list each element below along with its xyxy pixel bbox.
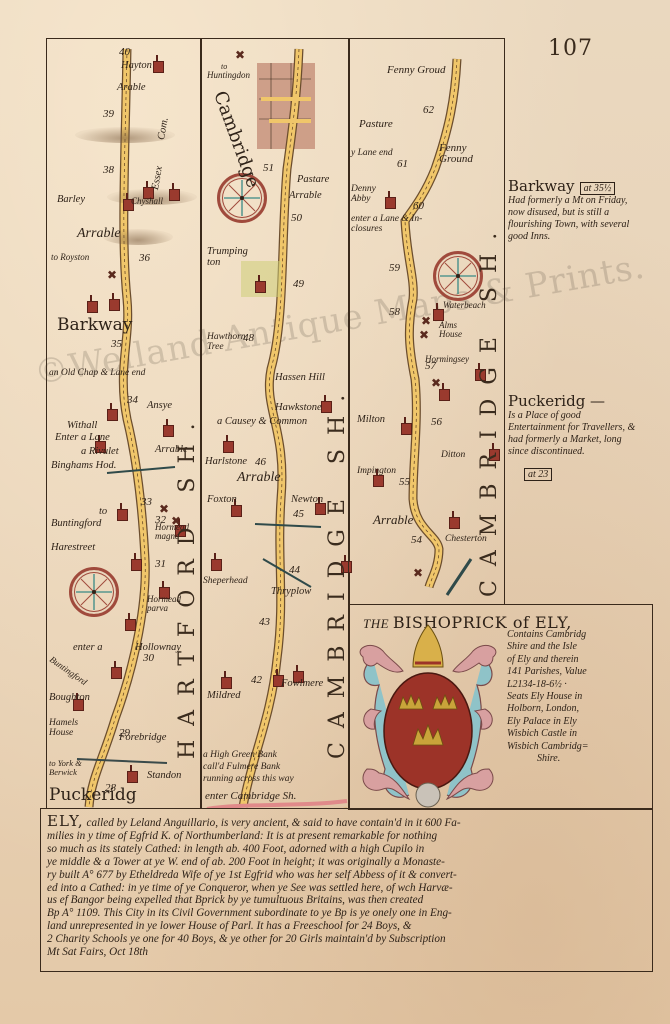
text-line: Contains Cambridg	[507, 629, 652, 641]
text-line: Seats Ely House in	[507, 691, 652, 703]
text-line: Mt Sat Fairs, Oct 18th	[47, 946, 646, 959]
place-label: an Old Chap & Lane end	[49, 369, 145, 379]
place-label: a High Green Bank	[203, 751, 277, 761]
bishopric-description: Contains Cambridg Shire and the Isle of …	[507, 629, 652, 765]
place-label: a Rivulet	[81, 447, 119, 458]
place-label: Hormingsey	[425, 355, 469, 364]
ely-description-panel: ELY, called by Leland Anguillario, is ve…	[40, 808, 653, 972]
text-line: Ely Palace in Ely	[507, 716, 652, 728]
first-word: ELY,	[47, 812, 84, 830]
place-label: Ansye	[147, 401, 172, 412]
mile-marker: 44	[289, 565, 300, 576]
church-icon	[107, 409, 118, 421]
place-label: Buntingford	[51, 519, 101, 530]
place-label: to Royston	[51, 253, 89, 262]
windmill-icon: ✖	[413, 567, 423, 579]
place-label: Newton	[291, 495, 323, 506]
mile-marker: 35	[111, 339, 122, 350]
note-puckeridg: Puckeridg — Is a Place of good Entertain…	[508, 392, 638, 481]
place-label: Pasture	[359, 119, 393, 130]
mile-marker: 54	[411, 535, 422, 546]
church-icon	[127, 771, 138, 783]
place-label: Hawthorn Tree	[207, 333, 247, 352]
note-body: Is a Place of good Entertainment for Tra…	[508, 410, 638, 458]
text-line: Shire and the Isle	[507, 641, 652, 653]
place-label: enter Cambridge Sh.	[205, 791, 296, 802]
place-label: Forebridge	[119, 733, 166, 744]
compass-rose-icon	[69, 567, 119, 617]
bishopric-of-ely-panel: THE BISHOPRICK of ELY, Contains Cambridg…	[348, 604, 653, 810]
place-label: Sheperhead	[203, 577, 248, 587]
windmill-icon: ✖	[419, 329, 429, 341]
road-strip-3: ✖ ✖ ✖ ✖ 62 61 60 59 58 57 56 55 54 Fenny…	[348, 38, 505, 605]
text-line: Wisbich Cambridg=	[507, 741, 652, 753]
road-strip-1: ✖ ✖ ✖ 40 39 38 36 35 34 33 32 31 30 29 2…	[46, 38, 202, 809]
church-icon	[131, 559, 142, 571]
place-label: Impington	[357, 467, 396, 477]
mile-marker: 51	[263, 163, 274, 174]
distance-box: at 35½	[580, 182, 616, 195]
place-label: Hayton	[121, 61, 152, 72]
place-label: Harlstone	[205, 457, 247, 468]
place-label: Mildred	[207, 691, 240, 702]
mile-marker: 62	[423, 105, 434, 116]
place-label: Boughton	[49, 693, 90, 704]
text-line: called by Leland Anguillario, is very an…	[84, 817, 461, 829]
mile-marker: 46	[255, 457, 266, 468]
place-label: y Lane end	[351, 149, 393, 159]
church-icon	[153, 61, 164, 73]
place-label: Arable	[117, 83, 146, 94]
church-icon	[221, 677, 232, 689]
mile-marker: 31	[155, 559, 166, 570]
place-label: running across this way	[203, 775, 294, 785]
mile-marker: 42	[251, 675, 262, 686]
text-line: 141 Parishes, Value	[507, 666, 652, 678]
place-label: a Causey & Common	[217, 417, 317, 428]
place-label: Enter a Lane	[55, 433, 110, 444]
place-label: Binghams Hod.	[51, 461, 116, 472]
road-strip-2: ✖ 51 50 49 48 46 45 44 43 42 to Huntingd…	[200, 38, 350, 809]
place-label-puckeridg: Puckeridg	[49, 787, 137, 804]
place-label: to York & Berwick	[49, 759, 89, 776]
place-label: Foxton	[207, 495, 237, 506]
windmill-icon: ✖	[431, 377, 441, 389]
church-icon	[373, 475, 384, 487]
text-line: Holborn, London,	[507, 703, 652, 715]
place-label: enter a	[73, 643, 102, 654]
distance-box: at 23	[524, 468, 552, 481]
place-label: Milton	[357, 415, 385, 426]
mile-marker: 56	[431, 417, 442, 428]
place-label: Arrable	[289, 191, 322, 202]
place-label: Arrable	[77, 227, 121, 241]
place-label-barkway: Barkway	[57, 317, 132, 334]
church-icon	[111, 667, 122, 679]
note-title: Puckeridg —	[508, 392, 638, 410]
place-label: Fowlmere	[281, 679, 323, 690]
note-barkway: Barkway at 35½ Had formerly a Mt on Frid…	[508, 176, 638, 243]
text-line: Wisbich Castle in	[507, 728, 652, 740]
place-label: Ditton	[441, 451, 465, 461]
text-line: of Ely and therein	[507, 654, 652, 666]
text-line: 2 Charity Schools ye one for 40 Boys, & …	[47, 933, 646, 946]
place-label: Standon	[147, 771, 181, 782]
mile-marker: 49	[293, 279, 304, 290]
place-label: Denny Abby	[351, 185, 387, 204]
mile-marker: 43	[259, 617, 270, 628]
place-label: Fenny Groud	[387, 65, 446, 76]
mile-marker: 55	[399, 477, 410, 488]
mile-marker: 45	[293, 509, 304, 520]
place-label: Barley	[57, 195, 85, 206]
text-line: milies in y time of Egfrid K. of Northum…	[47, 830, 646, 843]
mile-marker: 34	[127, 395, 138, 406]
text-line: so much as its stately Cathed: in length…	[47, 843, 646, 856]
church-icon	[231, 505, 242, 517]
compass-rose-icon	[433, 251, 483, 301]
text-line: ry built A° 677 by Etheldreda Wife of ye…	[47, 869, 646, 882]
church-icon	[163, 425, 174, 437]
mile-marker: 61	[397, 159, 408, 170]
church-icon	[109, 299, 120, 311]
note-title: Barkway	[508, 177, 574, 195]
coat-of-arms-icon	[353, 619, 503, 809]
mile-marker: 60	[413, 201, 424, 212]
place-label: Hamels House	[49, 719, 89, 738]
text-line: L2134-18-6½ ·	[507, 679, 652, 691]
page-number: 107	[548, 36, 593, 61]
county-label-cambridge: CAMBRIDGE SH.	[325, 119, 350, 759]
church-icon	[255, 281, 266, 293]
note-body: Had formerly a Mt on Friday, now disused…	[508, 195, 638, 243]
church-icon	[449, 517, 460, 529]
place-label: Alms House	[439, 321, 479, 339]
place-label: to	[99, 507, 107, 518]
mile-marker: 30	[143, 653, 154, 664]
church-icon	[87, 301, 98, 313]
text-line: Shire.	[507, 753, 652, 765]
windmill-icon: ✖	[235, 49, 245, 61]
mile-marker: 36	[139, 253, 150, 264]
ely-description-text: ELY, called by Leland Anguillario, is ve…	[47, 815, 646, 959]
mile-marker: 39	[103, 109, 114, 120]
church-icon	[125, 619, 136, 631]
place-label: Chyshall	[131, 197, 163, 206]
windmill-icon: ✖	[421, 315, 431, 327]
place-label: enter a Lane & In- closures	[351, 215, 451, 234]
place-label: Hawkstone	[275, 403, 322, 414]
county-label-hartford: HARTFORD SH.	[175, 99, 200, 759]
church-icon	[401, 423, 412, 435]
text-line: land unrepresented in ye lower House of …	[47, 920, 646, 933]
mile-marker: 58	[389, 307, 400, 318]
text-line: ed into a Cathed: in ye time of ye Conqu…	[47, 882, 646, 895]
place-label: Harestreet	[51, 543, 95, 554]
mile-marker: 40	[119, 47, 130, 58]
county-label-cambridge: CAMBRIDGE SH.	[477, 87, 502, 597]
place-label: Withall	[67, 421, 97, 432]
mile-marker: 59	[389, 263, 400, 274]
mile-marker: 33	[141, 497, 152, 508]
place-label: Thryplow	[271, 587, 311, 598]
church-icon	[223, 441, 234, 453]
windmill-icon: ✖	[107, 269, 117, 281]
mile-marker: 50	[291, 213, 302, 224]
place-label: call'd Fulmere Bank	[203, 763, 280, 773]
text-line: ye middle & a Tower at ye W. end of ab. …	[47, 856, 646, 869]
place-label: Arrable	[373, 513, 413, 526]
place-label: Huntingdon	[207, 71, 250, 80]
church-icon	[117, 509, 128, 521]
text-line: Bp A° 1109. This City in its Civil Gover…	[47, 907, 646, 920]
church-icon	[439, 389, 450, 401]
place-label: Hassen Hill	[275, 373, 325, 384]
text-line: us ef Bangor being expelled that Bprick …	[47, 894, 646, 907]
place-label: Trumping ton	[207, 247, 251, 268]
mile-marker: 38	[103, 165, 114, 176]
place-label: Arrable	[237, 471, 281, 485]
church-icon	[211, 559, 222, 571]
